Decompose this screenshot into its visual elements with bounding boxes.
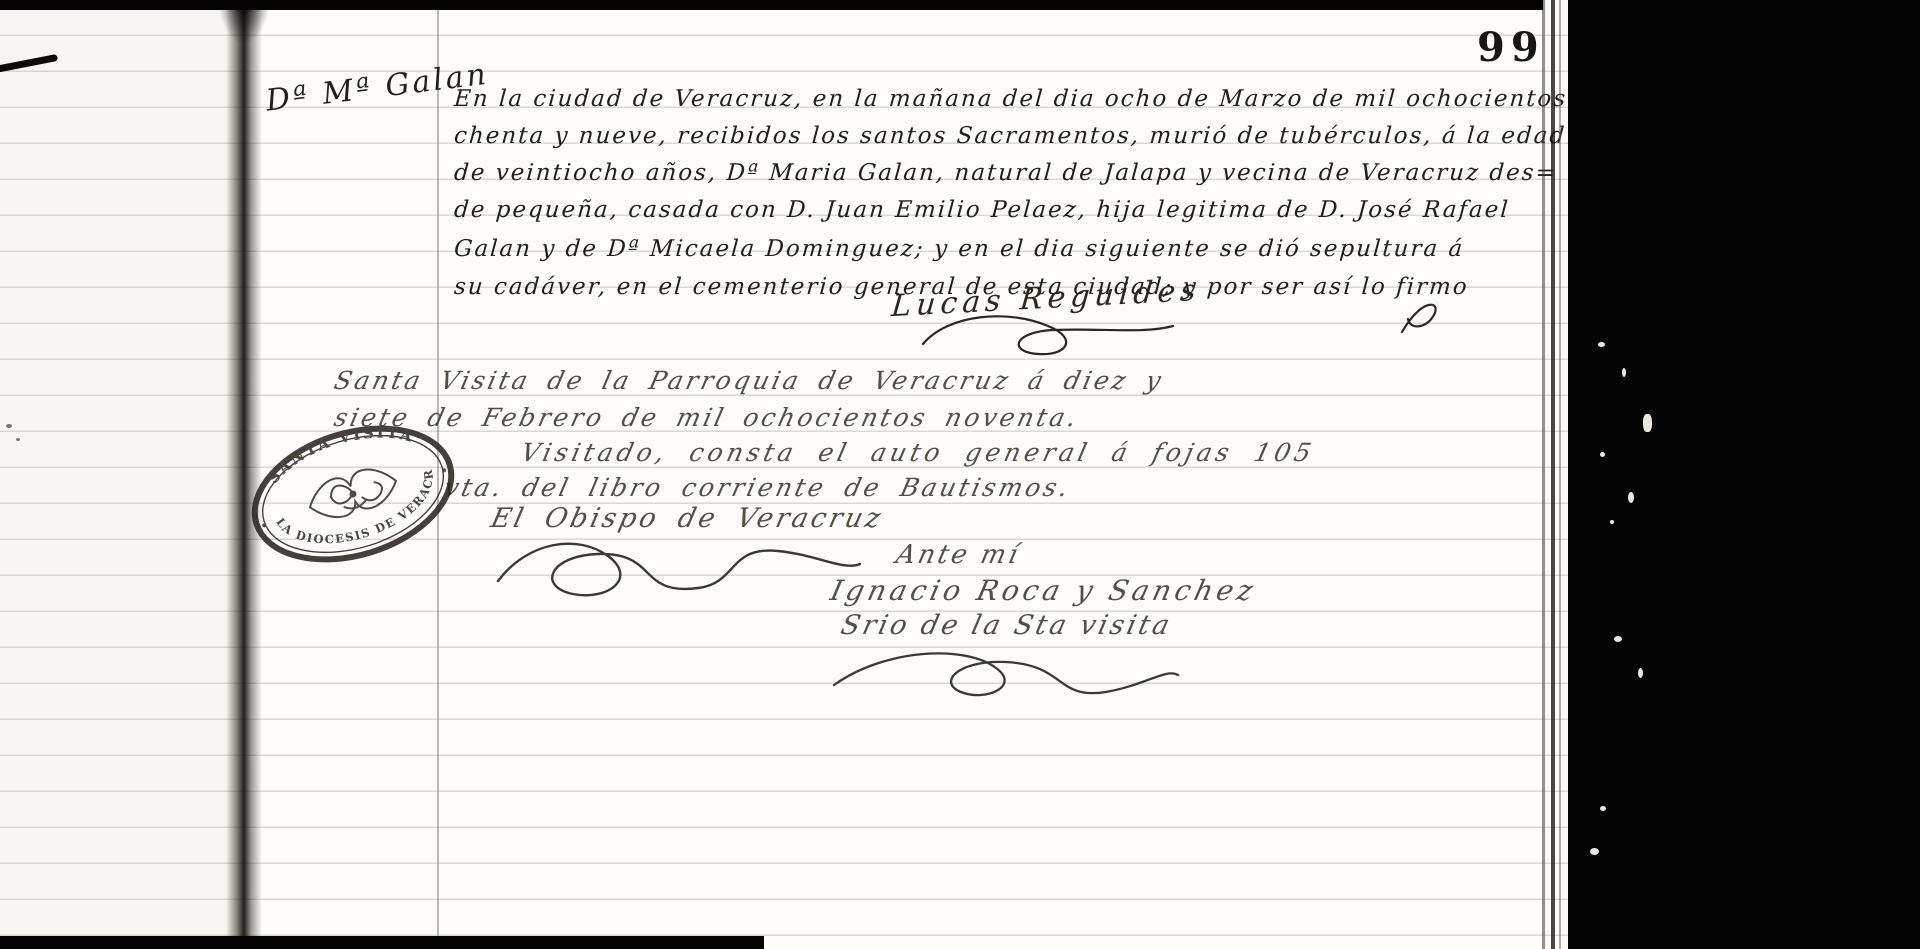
page-edge-line <box>1542 0 1545 949</box>
page-edge-line <box>1559 0 1561 949</box>
binding-gutter <box>226 0 262 949</box>
visita-line: vta. del libro corriente de Bautismos. <box>441 473 1074 502</box>
dust-speck <box>1622 368 1626 377</box>
bishop-flourish <box>488 526 868 604</box>
record-line: En la ciudad de Veracruz, en la mañana d… <box>453 86 1603 112</box>
secretary-flourish <box>826 640 1186 706</box>
visita-line: Santa Visita de la Parroquia de Veracruz… <box>331 366 1166 395</box>
record-line: chenta y nueve, recibidos los santos Sac… <box>453 123 1567 149</box>
secretary-title: Srio de la Sta visita <box>838 610 1176 641</box>
ante-mi-label: Ante mí <box>893 540 1024 570</box>
record-line: Galan y de Dª Micaela Dominguez; y en el… <box>453 236 1465 262</box>
dust-speck <box>1638 668 1643 678</box>
scanner-border-bottom <box>0 936 764 949</box>
dust-speck <box>1643 414 1652 432</box>
dust-speck <box>1614 636 1622 642</box>
dust-speck <box>1600 452 1605 457</box>
dust-speck <box>1628 492 1634 503</box>
dust-speck <box>1600 806 1606 811</box>
secretary-signature: Ignacio Roca y Sanchez <box>827 574 1260 607</box>
scanner-border-right <box>1568 0 1920 949</box>
visita-line: Visitado, consta el auto general á fojas… <box>518 438 1318 467</box>
dust-speck <box>1590 848 1599 855</box>
record-line: de pequeña, casada con D. Juan Emilio Pe… <box>453 197 1510 223</box>
scanned-document-page: 99 Dª Mª Galan En la ciudad de Veracruz,… <box>0 0 1920 949</box>
dust-speck <box>1610 520 1614 524</box>
dust-speck <box>1598 342 1605 347</box>
record-line: de veintiocho años, Dª Maria Galan, natu… <box>453 160 1558 186</box>
page-number: 99 <box>1477 24 1545 71</box>
paper-speck <box>6 424 12 428</box>
page-edge-line <box>1551 0 1555 949</box>
paper-speck <box>16 438 20 441</box>
pen-curl <box>1392 290 1448 338</box>
scanner-border-top <box>0 0 1543 10</box>
signature-flourish <box>918 304 1178 360</box>
